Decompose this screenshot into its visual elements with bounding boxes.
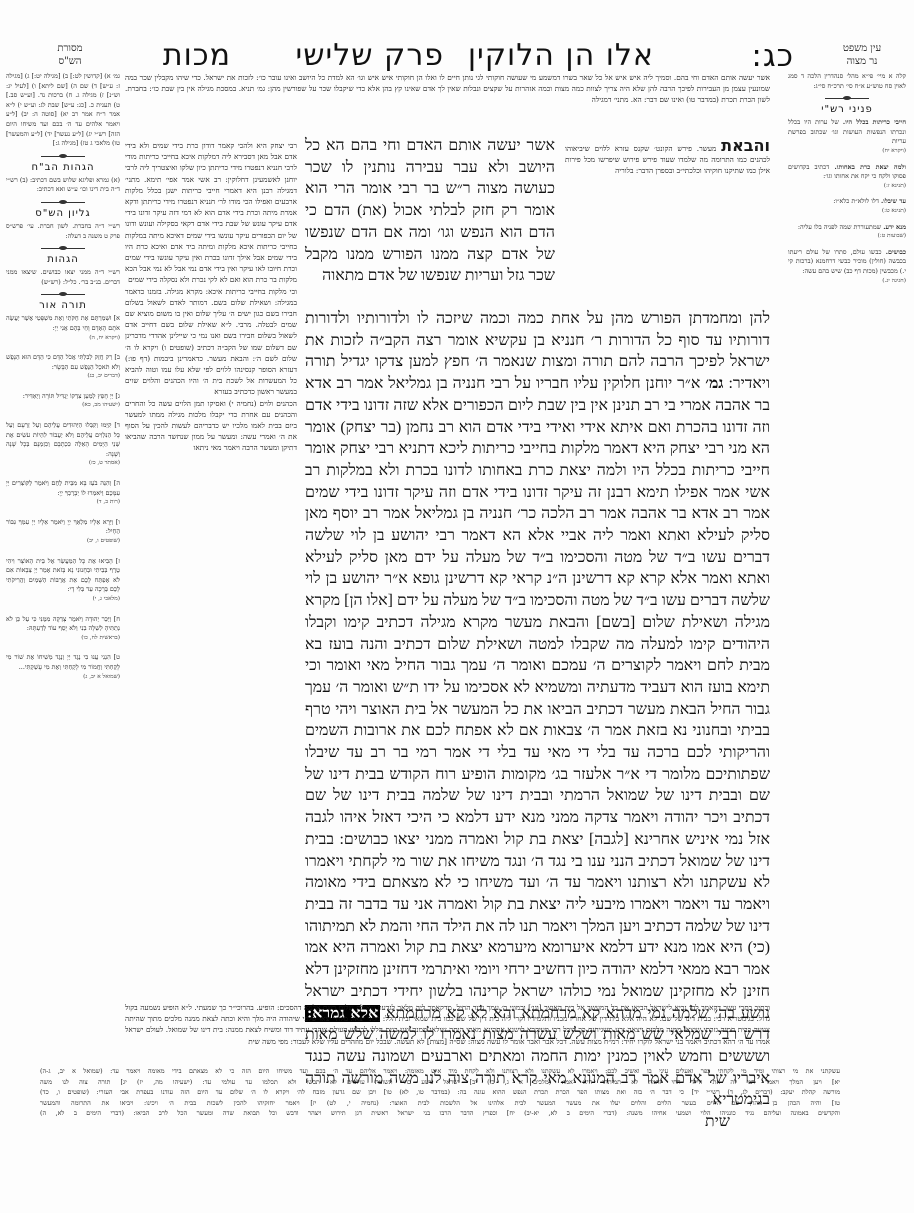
entry-head: חייבי כריתות בכלל היו. (843, 118, 906, 126)
entry-text: שמתעוררת שמה לפניה בלו עליה: (798, 223, 881, 231)
verse-ref: (שמואל א יב, ג) (6, 673, 120, 683)
verse-text: א] וּשְׁמַרְתֶּם אֶת חֻקֹּתַי וְאֶת מִשְ… (6, 314, 120, 332)
pnei-rashi-entry: חייבי כריתות בכלל היו. של ערות היו בכלל … (788, 118, 906, 156)
gemara-label: גמ׳ (705, 375, 723, 392)
verse-ref: (רות ב, ד) (6, 498, 120, 508)
verse-text: ח] וַיַּכֵּר יְהוּדָה וַיֹּאמֶר צָדְקָה … (6, 615, 120, 633)
footnote-line: מורשה קהלת יעקב: (דברים לג, ד) רשי״י יד]… (40, 1087, 840, 1098)
verse-ref: (ישעיהו מב, כא) (6, 401, 120, 411)
footnote-line: טז] והיה הכהן בן אהרן עם הלוים בעשר הלוי… (40, 1098, 840, 1109)
masoret-label-line1: מסורת (40, 42, 100, 55)
tosafot-paragraph: הכהנים ולוים (נחמיה י) ואסיקו תמן הלוים … (125, 398, 297, 454)
right-margin: קלה א מיי׳ פי״א מהל׳ סנהדרין הלכה ד סמג … (788, 72, 906, 286)
gemara-discussion: א״ר יוחנן חלוקין עליו חבריו על רבי חנניה… (305, 375, 770, 1021)
verse-text: ט] הִנְנִי עֲנוּ בִי נֶגֶד יְיָ וְנֶגֶד … (6, 653, 120, 671)
torah-or-verse: ח] וַיַּכֵּר יְהוּדָה וַיֹּאמֶר צָדְקָה … (6, 615, 120, 644)
pnei-rashi-entry: ולמה יצאת כרת באחותו. דכתיב בקדושים פסוק… (788, 163, 906, 192)
verse-ref: (ויקרא יח, ה) (6, 334, 120, 344)
footnote-line: יא] ויען המלך ויאמר תנו לה את הילד החי ו… (40, 1077, 840, 1088)
bottom-footnotes: עשקתני את מי רצותי ומיד מי לקחתי כפר ואע… (40, 1066, 840, 1119)
torah-or-verse: ב] רַק חֲזַק לְבִלְתִּי אֲכֹל הַדָּם כִּ… (6, 353, 120, 382)
verse-text: ז] הָבִיאוּ אֶת כָּל הַמַּעֲשֵׂר אֶל בֵּ… (6, 557, 120, 594)
masoret-label-line2: הש"ס (40, 55, 100, 68)
verse-text: ד] קִיְּמוּ וְקִבְּלוּ הַיְּהוּדִים עֲלֵ… (6, 421, 120, 458)
verse-text: ו] וַיֵּרָא אֵלָיו מַלְאַךְ יְיָ וַיֹּאמ… (6, 518, 120, 536)
hagahot-text: רש״י ד״ה ממני יצאו כבושים. שיצאו ממני דב… (6, 268, 120, 287)
ein-mishpat-label-line1: עין משפט (832, 42, 892, 55)
pnei-rashi-entry: מנא ידע. שמתעוררת שמה לפניה בלו עליה: (ש… (788, 223, 906, 242)
talmud-page: עין משפט נר מצוה כג: אלו הן הלוקין פרק ש… (0, 0, 914, 1213)
verse-ref: (מלאכי ג, י) (6, 595, 120, 605)
verse-ref: (שופטים ו, יב) (6, 537, 120, 547)
hagahot-bach-text: (א) גמרא ופליגא שלוש בשם דכתיב: (ב) רש״י… (6, 176, 120, 195)
entry-text: דלו לולא״ת כלא״ו: (833, 197, 879, 205)
masoret-label: מסורת הש"ס (40, 42, 100, 68)
ornament-divider (41, 294, 85, 295)
entry-ref: (חגיגה יג.) (788, 277, 906, 287)
mishnah-text: אשר יעשה אותם האדם וחי בהם הא כל היושב ו… (305, 135, 555, 287)
tosafot-top: אשר יעשה אותם האדם וחי בהם. וסמיך ליה אי… (125, 72, 770, 106)
masechet-name: מכות (163, 38, 231, 73)
entry-ref: (ויקרא יח) (788, 147, 906, 157)
entry-ref: (תנינא ט:) (788, 207, 906, 217)
ornament-divider (41, 248, 85, 249)
ein-mishpat-entry: קלה א מיי׳ פי״א מהל׳ סנהדרין הלכה ד סמג … (788, 72, 906, 91)
entry-head: כבושים. (886, 248, 906, 256)
torah-or-verse: ה] וְהִנֵּה בֹעַז בָּא מִבֵּית לֶחֶם וַי… (6, 479, 120, 508)
verse-text: ב] רַק חֲזַק לְבִלְתִּי אֲכֹל הַדָּם כִּ… (6, 353, 120, 371)
ein-mishpat-label-line2: נר מצוה (832, 55, 892, 68)
gilyon-hashas-text: רש״י ד״ה בחברת. לשון חברת. עי׳ פרש״ס פרק… (6, 222, 120, 241)
entry-head: ולמה יצאת כרת באחותו. (834, 163, 906, 171)
entry-head: עד שיבלו. (881, 197, 906, 205)
left-margin: גמ׳ א) [קדושין לט:] ב) [מגילה יט:] ג) [מ… (6, 72, 120, 682)
masoret-hashas-entries: גמ׳ א) [קדושין לט:] ב) [מגילה יט:] ג) [מ… (6, 72, 120, 149)
verse-ref: (בראשית לח, כו) (6, 634, 120, 644)
ornament-divider (41, 156, 85, 157)
footnote-line: עשקתני את מי רצותי ומיד מי לקחתי כפר ואע… (40, 1066, 840, 1077)
daf-number: כג: (751, 38, 794, 74)
hagahot-title: הגהות (6, 254, 120, 265)
rashi-inset-text: והבאת מעשר. פירש הקונט׳ שקנס עזרא ללוים … (565, 140, 770, 177)
ornament-divider (41, 202, 85, 203)
verse-text: ה] וְהִנֵּה בֹעַז בָּא מִבֵּית לֶחֶם וַי… (6, 479, 120, 497)
gilyon-hashas-title: גליון הש"ס (6, 208, 120, 219)
torah-or-verse: ז] הָבִיאוּ אֶת כָּל הַמַּעֲשֵׂר אֶל בֵּ… (6, 557, 120, 605)
tosafot-paragraph: רבי יצחק היא ולהכי קאמר דודון כרת בידי ש… (125, 140, 297, 286)
pnei-rashi-entry: כבושים. כבשו עולם, סתרו של עולם ריעתו בכ… (788, 248, 906, 286)
torah-or-title: תורה אור (6, 300, 120, 311)
perek-name: אלו הן הלוקין (468, 38, 654, 73)
verse-text: ג] יְיָ חָפֵץ לְמַעַן צִדְקוֹ יַגְדִּיל … (23, 392, 120, 400)
pnei-rashi-entry: עד שיבלו. דלו לולא״ת כלא״ו: (תנינא ט:) (788, 197, 906, 216)
mishnah-opening-word: והבאת (721, 136, 770, 155)
torah-or-verse: ו] וַיֵּרָא אֵלָיו מַלְאַךְ יְיָ וַיֹּאמ… (6, 518, 120, 547)
entry-ref: (שבועות ט:) (788, 232, 906, 242)
entry-ref: (תנינא ז:) (788, 182, 906, 192)
rashi-inset: והבאת מעשר. פירש הקונט׳ שקנס עזרא ללוים … (565, 140, 770, 177)
rashi-bottom: וכתיב בתרי עשר דקאמר להו נביא לישראל הבי… (125, 1002, 770, 1047)
perek-number: פרק שלישי (296, 38, 444, 73)
tosafot-column: רבי יצחק היא ולהכי קאמר דודון כרת בידי ש… (125, 140, 297, 454)
entry-head: מנא ידע. (883, 223, 906, 231)
ein-mishpat-label: עין משפט נר מצוה (832, 42, 892, 68)
torah-or-verse: ג] יְיָ חָפֵץ לְמַעַן צִדְקוֹ יַגְדִּיל … (6, 392, 120, 411)
ornament-divider (825, 98, 869, 99)
torah-or-verse: א] וּשְׁמַרְתֶּם אֶת חֻקֹּתַי וְאֶת מִשְ… (6, 314, 120, 343)
tosafot-paragraph: וכי מלקות בחייבי כריתות איכא: מקרא מגילה… (125, 286, 297, 398)
footnote-line: והקדשים באמונה ועליהם נגיד כונניהו הלוי … (40, 1108, 840, 1119)
hagahot-bach-title: הגהות הב"ח (6, 162, 120, 173)
verse-ref: (דברים יב, כג) (6, 372, 120, 382)
verse-ref: (אסתר ט, כז) (6, 459, 120, 469)
torah-or-verse: ט] הִנְנִי עֲנוּ בִי נֶגֶד יְיָ וְנֶגֶד … (6, 653, 120, 682)
pnei-rashi-title: פניני רש"י (788, 104, 906, 115)
torah-or-verse: ד] קִיְּמוּ וְקִבְּלוּ הַיְּהוּדִים עֲלֵ… (6, 421, 120, 469)
